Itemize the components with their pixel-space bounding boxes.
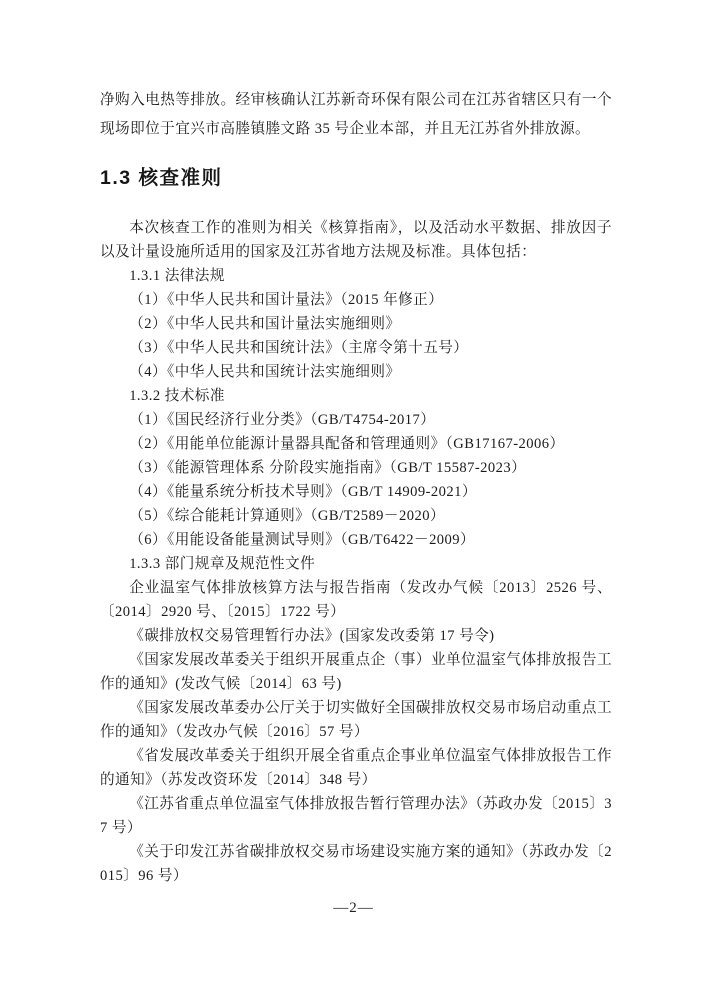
standard-item: （1）《国民经济行业分类》（GB/T4754-2017） — [100, 408, 612, 432]
regulation-item: 企业温室气体排放核算方法与报告指南（发改办气候〔2013〕2526 号、〔201… — [100, 576, 612, 624]
regulation-item: 《关于印发江苏省碳排放权交易市场建设实施方案的通知》（苏政办发〔2015〕96 … — [100, 840, 612, 888]
subsection-title-technical: 1.3.2 技术标准 — [100, 384, 612, 408]
standard-item: （4）《能量系统分析技术导则》（GB/T 14909-2021） — [100, 480, 612, 504]
page-number: —2— — [0, 900, 707, 917]
document-page: 净购入电热等排放。经审核确认江苏新奇环保有限公司在江苏省辖区只有一个现场即位于宜… — [0, 0, 707, 1000]
standard-item: （2）《用能单位能源计量器具配备和管理通则》（GB17167-2006） — [100, 432, 612, 456]
standard-item: （5）《综合能耗计算通则》（GB/T2589－2020） — [100, 504, 612, 528]
document-content: 净购入电热等排放。经审核确认江苏新奇环保有限公司在江苏省辖区只有一个现场即位于宜… — [100, 86, 612, 888]
law-item: （4）《中华人民共和国统计法实施细则》 — [100, 360, 612, 384]
paragraph-continuation: 净购入电热等排放。经审核确认江苏新奇环保有限公司在江苏省辖区只有一个现场即位于宜… — [100, 86, 612, 143]
law-item: （3）《中华人民共和国统计法》（主席令第十五号） — [100, 336, 612, 360]
law-item: （1）《中华人民共和国计量法》（2015 年修正） — [100, 288, 612, 312]
subsection-title-regulatory: 1.3.3 部门规章及规范性文件 — [100, 552, 612, 576]
standard-item: （6）《用能设备能量测试导则》（GB/T6422－2009） — [100, 528, 612, 552]
subsection-title-legal: 1.3.1 法律法规 — [100, 264, 612, 288]
regulation-item: 《国家发展改革委关于组织开展重点企（事）业单位温室气体排放报告工作的通知》(发改… — [100, 648, 612, 696]
paragraph-lead: 本次核查工作的准则为相关《核算指南》，以及活动水平数据、排放因子以及计量设施所适… — [100, 216, 612, 264]
section-heading: 1.3 核查准则 — [100, 165, 612, 191]
regulation-item: 《国家发展改革委办公厅关于切实做好全国碳排放权交易市场启动重点工作的通知》（发改… — [100, 696, 612, 744]
regulation-item: 《江苏省重点单位温室气体排放报告暂行管理办法》（苏政办发〔2015〕37 号） — [100, 792, 612, 840]
regulation-item: 《省发展改革委关于组织开展全省重点企事业单位温室气体排放报告工作的通知》（苏发改… — [100, 744, 612, 792]
standard-item: （3）《能源管理体系 分阶段实施指南》（GB/T 15587-2023） — [100, 456, 612, 480]
regulation-item: 《碳排放权交易管理暂行办法》(国家发改委第 17 号令) — [100, 624, 612, 648]
law-item: （2）《中华人民共和国计量法实施细则》 — [100, 312, 612, 336]
